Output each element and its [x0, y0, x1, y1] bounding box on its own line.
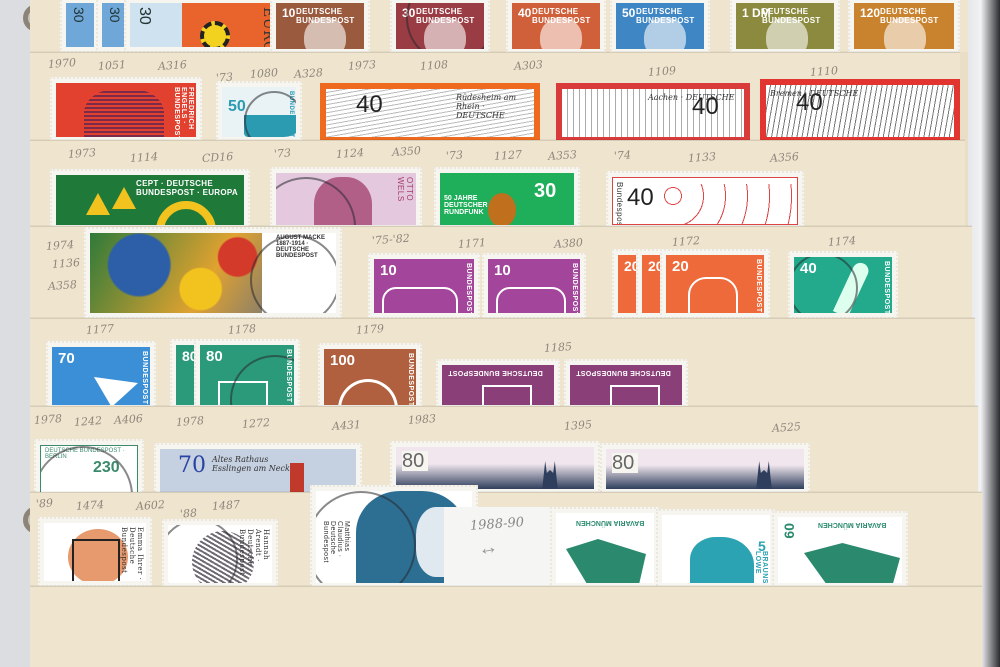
stamp-heinemann: 50DEUTSCHE BUNDESPOST	[610, 0, 710, 55]
stamp-strip-row-6: 1978 1242 A406 1978 1272 A431 1983 1395 …	[30, 406, 978, 498]
stamp-bavaria: 60BAVARIA MÜNCHEN	[772, 511, 908, 589]
stamp-strip-row-8-empty	[30, 586, 982, 667]
stamp-ship-bow: 70BUNDESPOST	[46, 341, 156, 411]
stamp-landscape-towers: 80	[600, 443, 810, 495]
stamp-strip-row-1: 30 30 30 EUROPA 10DEUTSCHE BUNDESPOST 30…	[30, 0, 968, 52]
stamp-heinemann: 10DEUTSCHE BUNDESPOST	[270, 0, 370, 55]
stamp-strip-row-4: 1974 1136 A358 '75-'82 1171 A380 1172 11…	[30, 226, 972, 318]
stamp-crowd: 40Bundespost	[606, 171, 804, 231]
stamp-rundfunk: 50 JAHRE DEUTSCHER RUNDFUNK30	[434, 167, 580, 231]
stamp-europa: 30 EUROPA	[124, 0, 284, 53]
double-arrow-icon: ↔	[476, 535, 500, 561]
stamp-emma-ihrer: Emma Ihrer · Deutsche Bundespost	[38, 517, 152, 587]
crowd-outline	[663, 184, 798, 225]
stamp-trolleybus: 10BUNDESPOST	[368, 253, 480, 319]
album-page: 30 30 30 EUROPA 10DEUTSCHE BUNDESPOST 30…	[0, 0, 982, 667]
stamp-space-shuttle: 40BUNDESPOST	[788, 251, 898, 319]
stamp-strip-row-2: 1970 1051 A316 '73 1080 A328 1973 1108 A…	[30, 52, 960, 144]
stamp-trolleybus: 10BUNDESPOST	[482, 253, 586, 319]
stamp-august-macke: AUGUST MACKE 1887-1914 · DEUTSCHE BUNDES…	[84, 227, 342, 319]
stamp-engels: FRIEDRICH ENGELS · BUNDESPOST	[50, 77, 202, 143]
stamp-strip-row-5: 1177 1178 1179 1185 70BUNDESPOST 80 80BU…	[30, 318, 975, 410]
stamp-bremen: 40Bremen · DEUTSCHE	[760, 79, 960, 143]
stamp-industry-inverted: DEUTSCHE BUNDESPOST	[564, 359, 688, 411]
note-card: 1988-90 ↔	[444, 507, 550, 589]
stamp-ship: 50BUNDESPOST	[216, 81, 302, 143]
stamp-crane: 80BUNDESPOST	[194, 339, 300, 411]
stamp-strip-row-3: 1973 1114 CD16 '73 1124 A350 '73 1127 A3…	[30, 140, 965, 230]
stamp-heinemann: 1 DMDEUTSCHE BUNDESPOST	[730, 0, 840, 55]
stamp-hannah-arendt: Hannah Arendt · Deutsche Bundespost	[162, 519, 278, 589]
stamp-strip-row-7: '89 1474 A602 '88 1487 Emma Ihrer · Deut…	[30, 492, 982, 590]
stamp: 30	[60, 0, 100, 53]
portrait-halftone	[84, 89, 164, 137]
stamp-heinemann: 40DEUTSCHE BUNDESPOST	[506, 0, 606, 55]
stamp-berlin-230: 230DEUTSCHE BUNDESPOST · BERLIN	[34, 439, 144, 499]
stamp-heinemann: 30DEUTSCHE BUNDESPOST	[390, 0, 490, 55]
stamp-cept-posthorn: CEPT · DEUTSCHE BUNDESPOST · EUROPA	[50, 169, 250, 231]
stamp-aachen: 40Aachen · DEUTSCHE	[556, 83, 750, 143]
stamp-industry-inverted: DEUTSCHE BUNDESPOST	[436, 359, 560, 411]
stamp-otto-wels: OTTO WELS	[270, 167, 422, 231]
stamp-heinemann: 120DEUTSCHE BUNDESPOST	[848, 0, 960, 55]
stamp-bavaria: BAVARIA MÜNCHEN	[550, 507, 660, 589]
stamp-radio-telescope: 100BUNDESPOST	[318, 343, 422, 411]
stamp-braunschweig-lion: 5BRAUNSCHWEIGER LÖWE	[656, 509, 776, 589]
gear-emblem	[200, 21, 230, 47]
stamp-ruedesheim: 40Rüdesheim am Rhein · DEUTSCHE	[320, 83, 540, 143]
stamp-lighthouse: 20BUNDESPOST	[660, 249, 770, 319]
